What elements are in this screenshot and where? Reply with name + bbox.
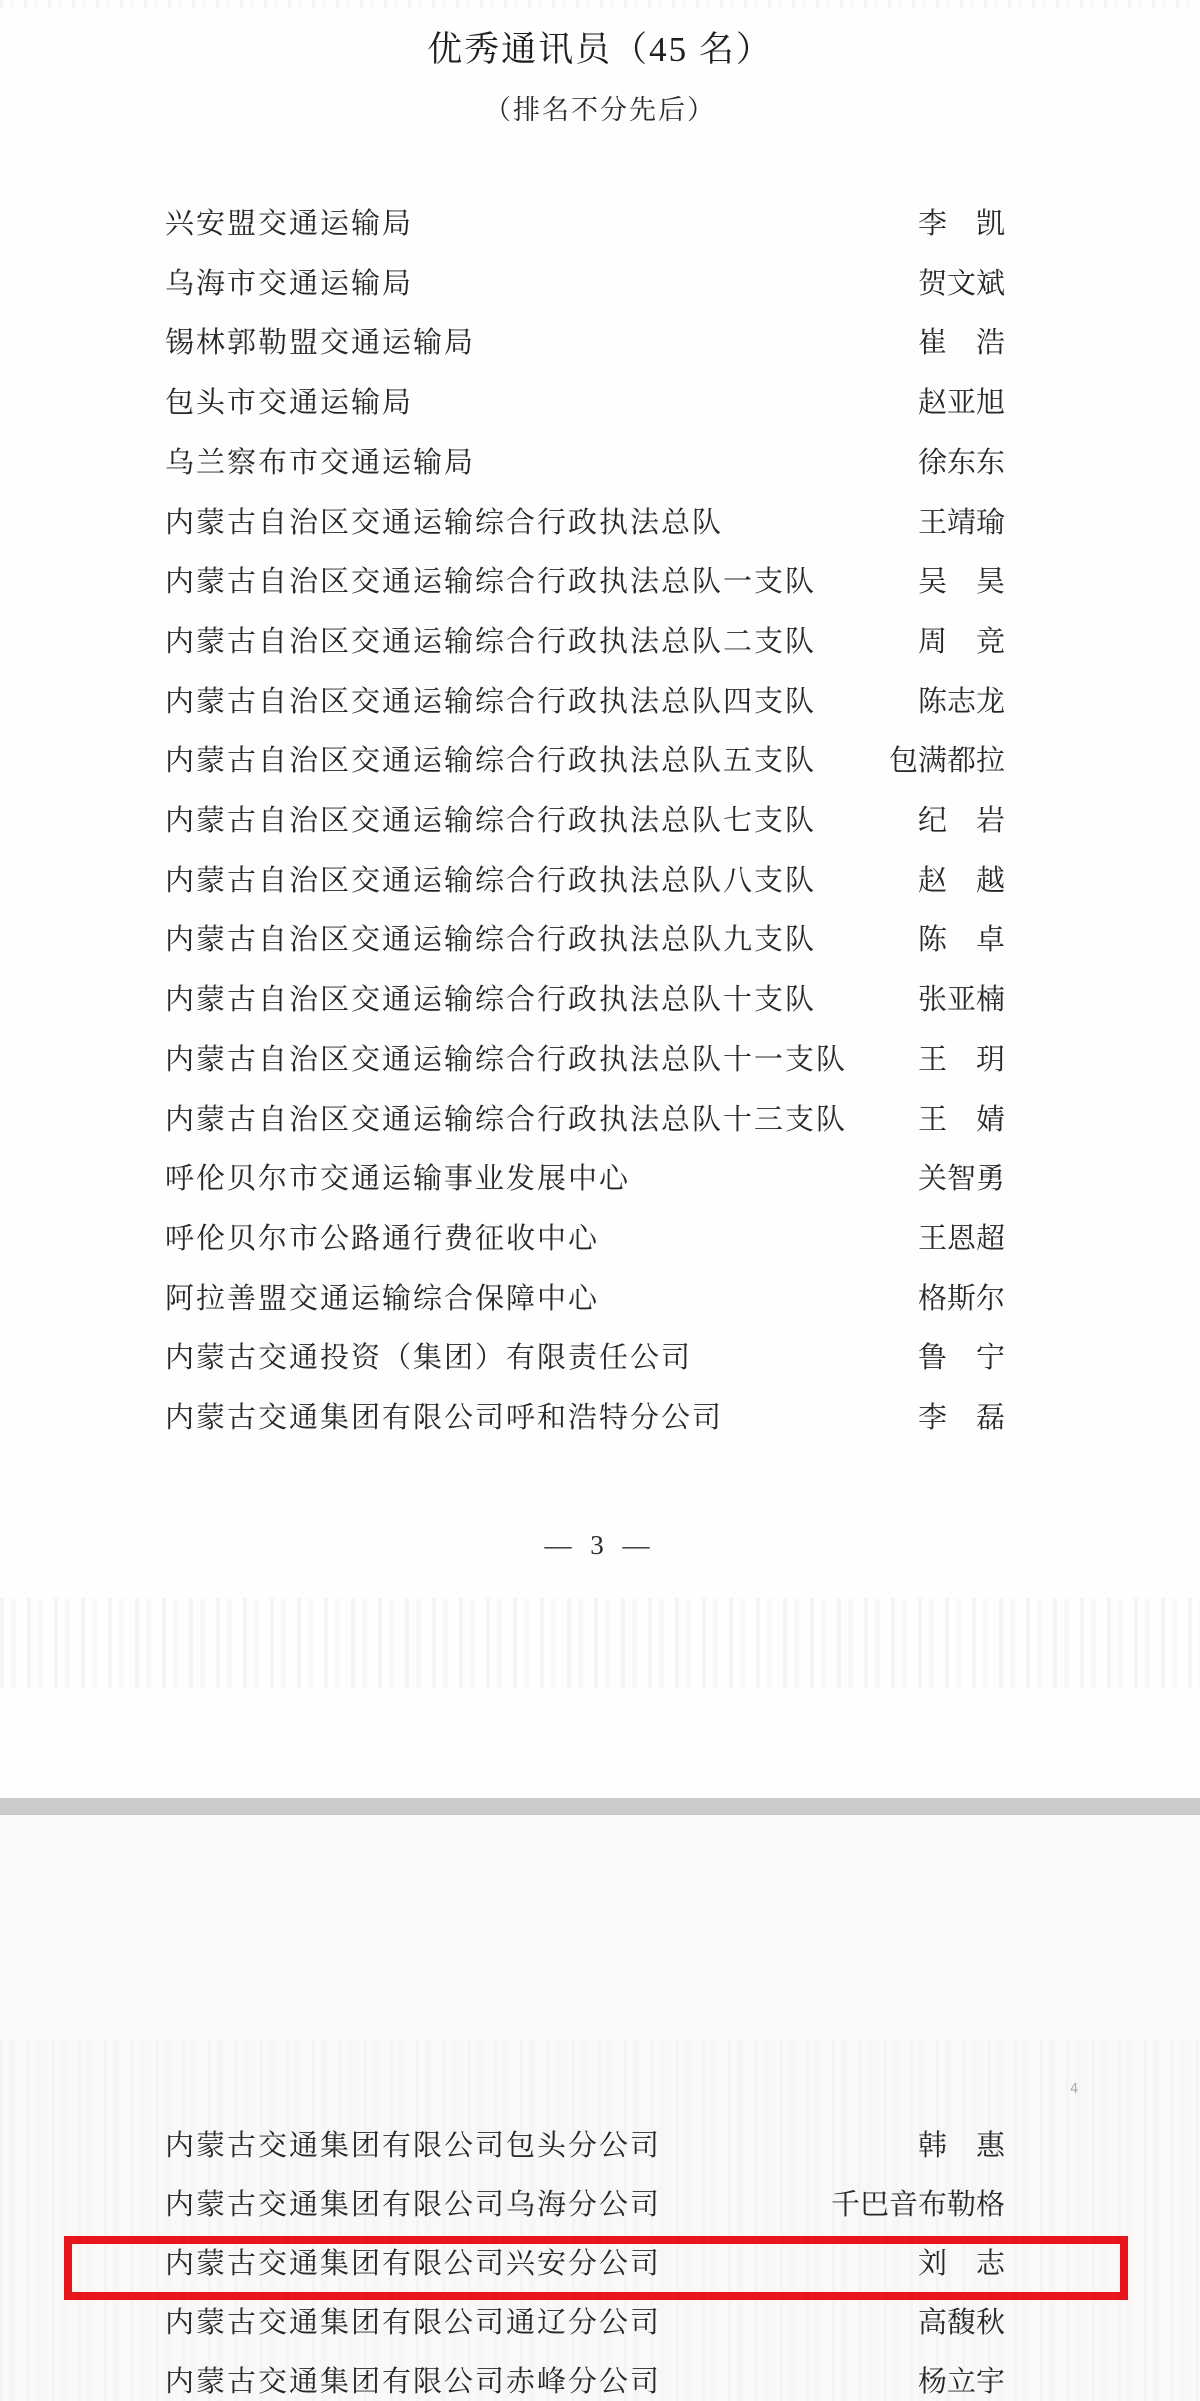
person-name: 周 竞 bbox=[918, 624, 1005, 660]
page-number: — 3 — bbox=[0, 1530, 1200, 1561]
table-row: 内蒙古自治区交通运输综合行政执法总队十三支队 王 婧 bbox=[0, 1102, 1200, 1138]
page-title: 优秀通讯员（45 名） bbox=[0, 22, 1200, 72]
table-row: 内蒙古交通集团有限公司通辽分公司 高馥秋 bbox=[0, 2305, 1200, 2341]
table-row: 内蒙古交通集团有限公司包头分公司 韩 惠 bbox=[0, 2128, 1200, 2164]
organization-name: 乌海市交通运输局 bbox=[165, 266, 413, 302]
organization-name: 内蒙古自治区交通运输综合行政执法总队十三支队 bbox=[165, 1102, 847, 1138]
organization-name: 内蒙古自治区交通运输综合行政执法总队八支队 bbox=[165, 863, 816, 899]
person-name: 鲁 宁 bbox=[918, 1340, 1005, 1376]
page-divider bbox=[0, 1798, 1200, 1815]
organization-name: 兴安盟交通运输局 bbox=[165, 206, 413, 242]
organization-name: 内蒙古自治区交通运输综合行政执法总队四支队 bbox=[165, 684, 816, 720]
table-row: 锡林郭勒盟交通运输局 崔 浩 bbox=[0, 325, 1200, 361]
person-name: 关智勇 bbox=[918, 1161, 1005, 1197]
organization-name: 内蒙古自治区交通运输综合行政执法总队五支队 bbox=[165, 743, 816, 779]
person-name: 赵亚旭 bbox=[918, 385, 1005, 421]
table-row: 内蒙古自治区交通运输综合行政执法总队八支队 赵 越 bbox=[0, 863, 1200, 899]
scan-noise-band bbox=[0, 1598, 1200, 1688]
person-name: 王靖瑜 bbox=[918, 505, 1005, 541]
table-row: 内蒙古自治区交通运输综合行政执法总队十支队 张亚楠 bbox=[0, 982, 1200, 1018]
organization-name: 内蒙古交通集团有限公司包头分公司 bbox=[165, 2128, 661, 2164]
organization-name: 内蒙古自治区交通运输综合行政执法总队九支队 bbox=[165, 922, 816, 958]
person-name: 千巴音布勒格 bbox=[831, 2187, 1005, 2223]
organization-name: 呼伦贝尔市公路通行费征收中心 bbox=[165, 1221, 599, 1257]
person-name: 张亚楠 bbox=[918, 982, 1005, 1018]
organization-name: 阿拉善盟交通运输综合保障中心 bbox=[165, 1281, 599, 1317]
organization-name: 乌兰察布市交通运输局 bbox=[165, 445, 475, 481]
person-name: 李 磊 bbox=[918, 1400, 1005, 1436]
organization-name: 内蒙古自治区交通运输综合行政执法总队十一支队 bbox=[165, 1042, 847, 1078]
person-name: 高馥秋 bbox=[918, 2305, 1005, 2341]
organization-name: 内蒙古交通集团有限公司乌海分公司 bbox=[165, 2187, 661, 2223]
organization-name: 内蒙古交通集团有限公司呼和浩特分公司 bbox=[165, 1400, 723, 1436]
person-name: 王 玥 bbox=[918, 1042, 1005, 1078]
organization-name: 内蒙古自治区交通运输综合行政执法总队二支队 bbox=[165, 624, 816, 660]
table-row: 内蒙古自治区交通运输综合行政执法总队二支队 周 竞 bbox=[0, 624, 1200, 660]
person-name: 吴 昊 bbox=[918, 564, 1005, 600]
organization-name: 内蒙古自治区交通运输综合行政执法总队 bbox=[165, 505, 723, 541]
table-row: 内蒙古交通投资（集团）有限责任公司 鲁 宁 bbox=[0, 1340, 1200, 1376]
table-row: 内蒙古自治区交通运输综合行政执法总队五支队 包满都拉 bbox=[0, 743, 1200, 779]
person-name: 赵 越 bbox=[918, 863, 1005, 899]
page-subtitle: （排名不分先后） bbox=[0, 88, 1200, 127]
table-row: 内蒙古交通集团有限公司赤峰分公司 杨立宇 bbox=[0, 2364, 1200, 2400]
person-name: 杨立宇 bbox=[918, 2364, 1005, 2400]
organization-name: 内蒙古自治区交通运输综合行政执法总队一支队 bbox=[165, 564, 816, 600]
table-row: 内蒙古自治区交通运输综合行政执法总队四支队 陈志龙 bbox=[0, 684, 1200, 720]
person-name: 贺文斌 bbox=[918, 266, 1005, 302]
table-row: 内蒙古交通集团有限公司呼和浩特分公司 李 磊 bbox=[0, 1400, 1200, 1436]
scan-noise-top bbox=[0, 0, 1200, 8]
table-row: 内蒙古自治区交通运输综合行政执法总队七支队 纪 岩 bbox=[0, 803, 1200, 839]
table-row: 呼伦贝尔市交通运输事业发展中心 关智勇 bbox=[0, 1161, 1200, 1197]
organization-name: 内蒙古自治区交通运输综合行政执法总队七支队 bbox=[165, 803, 816, 839]
person-name: 王 婧 bbox=[918, 1102, 1005, 1138]
table-row: 兴安盟交通运输局 李 凯 bbox=[0, 206, 1200, 242]
organization-name: 内蒙古交通集团有限公司通辽分公司 bbox=[165, 2305, 661, 2341]
organization-name: 内蒙古自治区交通运输综合行政执法总队十支队 bbox=[165, 982, 816, 1018]
table-row: 内蒙古自治区交通运输综合行政执法总队九支队 陈 卓 bbox=[0, 922, 1200, 958]
person-name: 陈 卓 bbox=[918, 922, 1005, 958]
organization-name: 包头市交通运输局 bbox=[165, 385, 413, 421]
person-name: 包满都拉 bbox=[889, 743, 1005, 779]
person-name: 崔 浩 bbox=[918, 325, 1005, 361]
table-row: 呼伦贝尔市公路通行费征收中心 王恩超 bbox=[0, 1221, 1200, 1257]
table-row: 包头市交通运输局 赵亚旭 bbox=[0, 385, 1200, 421]
person-name: 陈志龙 bbox=[918, 684, 1005, 720]
scan-artifact: 4 bbox=[1070, 2082, 1078, 2097]
table-row: 内蒙古自治区交通运输综合行政执法总队一支队 吴 昊 bbox=[0, 564, 1200, 600]
table-row: 乌兰察布市交通运输局 徐东东 bbox=[0, 445, 1200, 481]
organization-name: 内蒙古交通投资（集团）有限责任公司 bbox=[165, 1340, 692, 1376]
highlight-box bbox=[64, 2236, 1128, 2300]
organization-name: 内蒙古交通集团有限公司赤峰分公司 bbox=[165, 2364, 661, 2400]
table-row: 乌海市交通运输局 贺文斌 bbox=[0, 266, 1200, 302]
table-row: 阿拉善盟交通运输综合保障中心 格斯尔 bbox=[0, 1281, 1200, 1317]
person-name: 王恩超 bbox=[918, 1221, 1005, 1257]
scanned-document: 优秀通讯员（45 名） （排名不分先后） 兴安盟交通运输局 李 凯 乌海市交通运… bbox=[0, 0, 1200, 2401]
person-name: 格斯尔 bbox=[918, 1281, 1005, 1317]
person-name: 徐东东 bbox=[918, 445, 1005, 481]
organization-name: 呼伦贝尔市交通运输事业发展中心 bbox=[165, 1161, 630, 1197]
table-row: 内蒙古自治区交通运输综合行政执法总队十一支队 王 玥 bbox=[0, 1042, 1200, 1078]
person-name: 韩 惠 bbox=[918, 2128, 1005, 2164]
table-row: 内蒙古交通集团有限公司乌海分公司 千巴音布勒格 bbox=[0, 2187, 1200, 2223]
person-name: 李 凯 bbox=[918, 206, 1005, 242]
table-row: 内蒙古自治区交通运输综合行政执法总队 王靖瑜 bbox=[0, 505, 1200, 541]
person-name: 纪 岩 bbox=[918, 803, 1005, 839]
organization-name: 锡林郭勒盟交通运输局 bbox=[165, 325, 475, 361]
